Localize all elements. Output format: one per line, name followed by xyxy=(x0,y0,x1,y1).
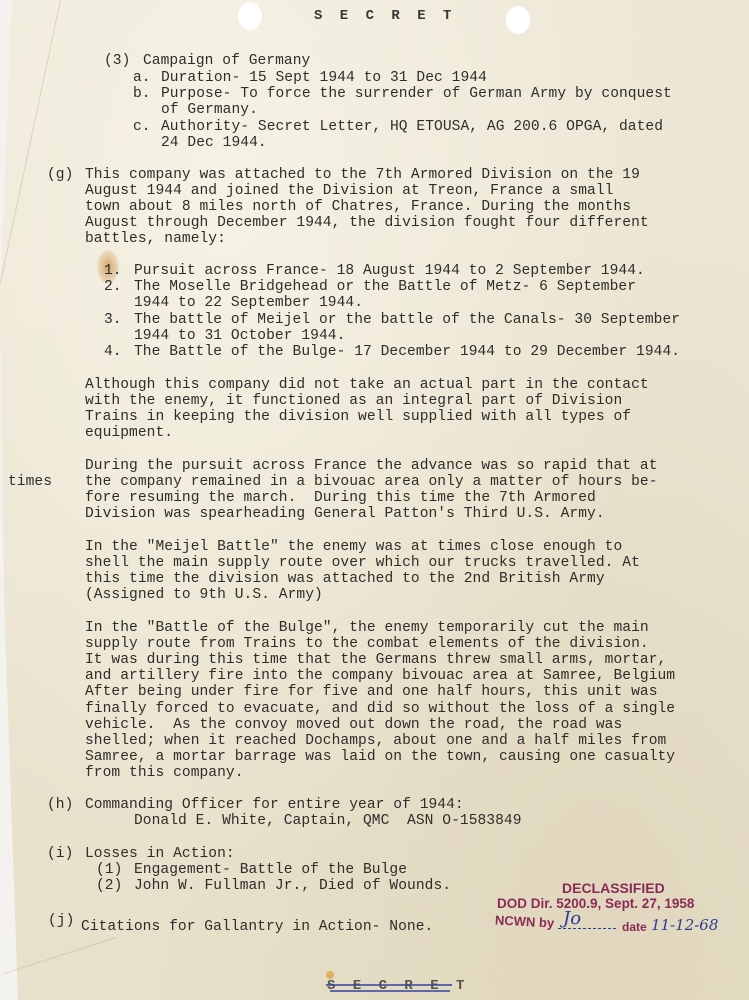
item-b-text: Purpose- To force the surrender of Germa… xyxy=(161,86,672,102)
paragraph-pursuit: Division was spearheading General Patton… xyxy=(85,506,605,522)
battle-1-label: 1. xyxy=(104,263,122,279)
paragraph-support: with the enemy, it functioned as an inte… xyxy=(85,393,622,409)
paragraph-pursuit: fore resuming the march. During this tim… xyxy=(85,490,596,506)
item-a-text: Duration- 15 Sept 1944 to 31 Dec 1944 xyxy=(161,70,487,86)
battle-1-text: Pursuit across France- 18 August 1944 to… xyxy=(134,263,645,279)
declassified-stamp-authority: DOD Dir. 5200.9, Sept. 27, 1958 xyxy=(497,896,694,911)
paragraph-bulge: Samree, a mortar barrage was laid on the… xyxy=(85,749,675,765)
paragraph-support: Trains in keeping the division well supp… xyxy=(85,409,631,425)
punch-hole xyxy=(238,2,262,30)
paragraph-meijel: In the "Meijel Battle" the enemy was at … xyxy=(85,539,622,555)
battle-2-text: 1944 to 22 September 1944. xyxy=(134,295,363,311)
paragraph-support: equipment. xyxy=(85,425,173,441)
declassified-stamp-by-label: NCWN by xyxy=(495,912,555,930)
loss-1-label: (1) xyxy=(96,862,122,878)
battle-2-text: The Moselle Bridgehead or the Battle of … xyxy=(134,279,636,295)
declassified-date-label: date xyxy=(622,920,647,934)
section-j-text: Citations for Gallantry in Action- None. xyxy=(81,919,433,935)
battle-3-text: 1944 to 31 October 1944. xyxy=(134,328,345,344)
paragraph-bulge: and artillery fire into the company bivo… xyxy=(85,668,675,684)
strikethrough-line xyxy=(330,990,450,992)
item-c-label: c. xyxy=(133,119,151,135)
item-c-text: Authority- Secret Letter, HQ ETOUSA, AG … xyxy=(161,119,663,135)
battle-2-label: 2. xyxy=(104,279,122,295)
paragraph-bulge: shelled; when it reached Dochamps, about… xyxy=(85,733,666,749)
section-3-label: (3) xyxy=(104,53,130,69)
battle-3-label: 3. xyxy=(104,312,122,328)
section-i-title: Losses in Action: xyxy=(85,846,235,862)
section-g-text: August through December 1944, the divisi… xyxy=(85,215,649,231)
paragraph-meijel: this time the division was attached to t… xyxy=(85,571,605,587)
paragraph-bulge: finally forced to evacuate, and did so w… xyxy=(85,701,675,717)
commanding-officer: Donald E. White, Captain, QMC ASN O-1583… xyxy=(134,813,522,829)
paragraph-meijel: shell the main supply route over which o… xyxy=(85,555,640,571)
margin-note: times xyxy=(8,474,52,490)
header-classification: S E C R E T xyxy=(314,8,456,24)
paragraph-bulge: supply route from Trains to the combat e… xyxy=(85,636,649,652)
section-i-label: (i) xyxy=(47,846,73,862)
section-g-text: August 1944 and joined the Division at T… xyxy=(85,183,613,199)
section-g-text: town about 8 miles north of Chatres, Fra… xyxy=(85,199,631,215)
loss-2-label: (2) xyxy=(96,878,122,894)
footer-classification: S E C R E T xyxy=(327,978,469,994)
loss-2-text: John W. Fullman Jr., Died of Wounds. xyxy=(134,878,451,894)
loss-1-text: Engagement- Battle of the Bulge xyxy=(134,862,407,878)
battle-4-text: The Battle of the Bulge- 17 December 194… xyxy=(134,344,680,360)
paragraph-pursuit: the company remained in a bivouac area o… xyxy=(85,474,658,490)
signature-line xyxy=(558,928,616,929)
paragraph-support: Although this company did not take an ac… xyxy=(85,377,649,393)
paragraph-bulge: In the "Battle of the Bulge", the enemy … xyxy=(85,620,649,636)
declassified-stamp-title: DECLASSIFIED xyxy=(562,880,665,896)
declassified-signature: Jo xyxy=(563,908,581,929)
section-g-label: (g) xyxy=(47,167,73,183)
section-g-text: battles, namely: xyxy=(85,231,226,247)
declassified-date-value: 11-12-68 xyxy=(651,916,718,934)
paragraph-meijel: (Assigned to 9th U.S. Army) xyxy=(85,587,323,603)
item-b-text: of Germany. xyxy=(161,102,258,118)
section-j-label: (j) xyxy=(48,913,74,929)
section-h-title: Commanding Officer for entire year of 19… xyxy=(85,797,464,813)
item-c-text: 24 Dec 1944. xyxy=(161,135,267,151)
battle-3-text: The battle of Meijel or the battle of th… xyxy=(134,312,680,328)
paragraph-bulge: After being under fire for five and one … xyxy=(85,684,658,700)
strikethrough-line xyxy=(326,984,452,986)
section-3-title: Campaign of Germany xyxy=(143,53,310,69)
section-g-text: This company was attached to the 7th Arm… xyxy=(85,167,640,183)
punch-hole xyxy=(506,6,530,34)
paragraph-bulge: It was during this time that the Germans… xyxy=(85,652,666,668)
paragraph-pursuit: During the pursuit across France the adv… xyxy=(85,458,658,474)
item-b-label: b. xyxy=(133,86,151,102)
section-h-label: (h) xyxy=(47,797,73,813)
paragraph-bulge: from this company. xyxy=(85,765,244,781)
battle-4-label: 4. xyxy=(104,344,122,360)
paragraph-bulge: vehicle. As the convoy moved out down th… xyxy=(85,717,622,733)
item-a-label: a. xyxy=(133,70,151,86)
